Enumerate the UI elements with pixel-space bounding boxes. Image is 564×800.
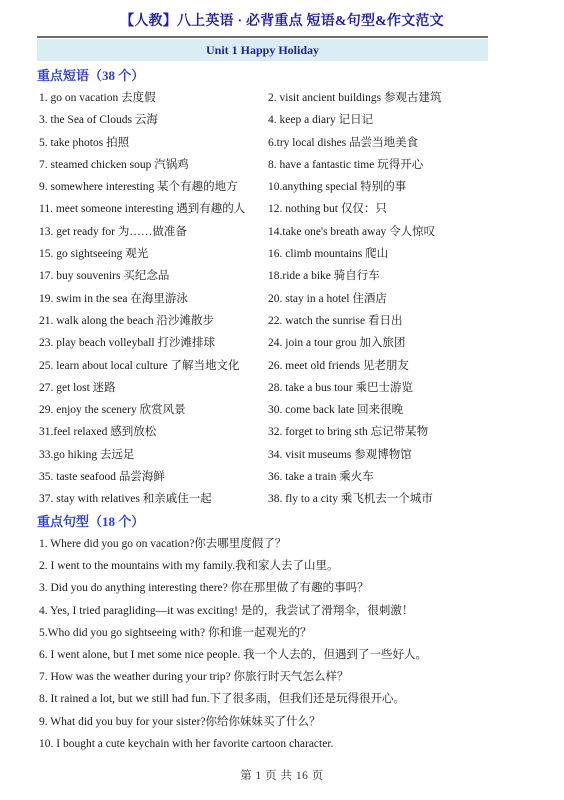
phrase-item: 2. visit ancient buildings 参观古建筑: [268, 87, 499, 109]
sentence-item: 5.Who did you go sightseeing with? 你和谁一起…: [39, 622, 519, 644]
header-divider: [37, 36, 488, 38]
phrase-item: 37. stay with relatives 和亲戚住一起: [39, 488, 268, 510]
phrase-item: 38. fly to a city 乘飞机去一个城市: [268, 488, 499, 510]
sentence-item: 6. I went alone, but I met some nice peo…: [39, 644, 519, 666]
phrase-item: 24. join a tour grou 加入旅团: [268, 332, 499, 354]
phrase-item: 8. have a fantastic time 玩得开心: [268, 154, 499, 176]
phrase-item: 35. taste seafood 品尝海鲜: [39, 466, 268, 488]
phrase-item: 36. take a train 乘火车: [268, 466, 499, 488]
phrase-item: 34. visit museums 参观博物馆: [268, 444, 499, 466]
unit-title-band: Unit 1 Happy Holiday: [37, 39, 488, 61]
phrase-item: 20. stay in a hotel 住酒店: [268, 288, 499, 310]
sentence-item: 1. Where did you go on vacation?你去哪里度假了？: [39, 533, 519, 555]
phrase-item: 13. get ready for 为……做准备: [39, 221, 268, 243]
sentence-item: 2. I went to the mountains with my famil…: [39, 555, 519, 577]
phrase-item: 32. forget to bring sth 忘记带某物: [268, 421, 499, 443]
sentences-section-title: 重点句型（18 个）: [37, 511, 144, 530]
sentence-item: 9. What did you buy for your sister?你给你妹…: [39, 711, 519, 733]
phrase-item: 5. take photos 拍照: [39, 132, 268, 154]
phrase-item: 6.try local dishes 品尝当地美食: [268, 132, 499, 154]
phrase-item: 15. go sightseeing 观光: [39, 243, 268, 265]
phrase-item: 10.anything special 特别的事: [268, 176, 499, 198]
phrase-item: 18.ride a bike 骑自行车: [268, 265, 499, 287]
phrase-list: 1. go on vacation 去度假2. visit ancient bu…: [39, 87, 499, 511]
page-indicator: 第 1 页 共 16 页: [0, 767, 564, 783]
phrase-item: 12. nothing but 仅仅：只: [268, 198, 499, 220]
phrase-item: 31.feel relaxed 感到放松: [39, 421, 268, 443]
sentence-item: 8. It rained a lot, but we still had fun…: [39, 688, 519, 710]
sentence-list: 1. Where did you go on vacation?你去哪里度假了？…: [39, 533, 519, 755]
phrase-item: 30. come back late 回来很晚: [268, 399, 499, 421]
phrase-item: 23. play beach volleyball 打沙滩排球: [39, 332, 268, 354]
phrase-item: 7. steamed chicken soup 汽锅鸡: [39, 154, 268, 176]
phrase-item: 28. take a bus tour 乘巴士游览: [268, 377, 499, 399]
sentence-item: 10. I bought a cute keychain with her fa…: [39, 733, 519, 755]
phrase-item: 27. get lost 迷路: [39, 377, 268, 399]
phrases-section-title: 重点短语（38 个）: [37, 65, 144, 84]
phrase-item: 16. climb mountains 爬山: [268, 243, 499, 265]
phrase-item: 9. somewhere interesting 某个有趣的地方: [39, 176, 268, 198]
phrase-item: 26. meet old friends 见老朋友: [268, 355, 499, 377]
sentence-item: 7. How was the weather during your trip?…: [39, 666, 519, 688]
phrase-item: 11. meet someone interesting 遇到有趣的人: [39, 198, 268, 220]
phrase-item: 14.take one's breath away 令人惊叹: [268, 221, 499, 243]
phrase-item: 25. learn about local culture 了解当地文化: [39, 355, 268, 377]
phrase-item: 1. go on vacation 去度假: [39, 87, 268, 109]
phrase-item: 22. watch the sunrise 看日出: [268, 310, 499, 332]
sentence-item: 4. Yes, I tried paragliding—it was excit…: [39, 600, 519, 622]
document-header-title: 【人教】八上英语 · 必背重点 短语&句型&作文范文: [0, 10, 564, 30]
phrase-item: 17. buy souvenirs 买纪念品: [39, 265, 268, 287]
phrase-item: 21. walk along the beach 沿沙滩散步: [39, 310, 268, 332]
phrase-item: 29. enjoy the scenery 欣赏风景: [39, 399, 268, 421]
phrase-item: 4. keep a diary 记日记: [268, 109, 499, 131]
phrase-item: 33.go hiking 去远足: [39, 444, 268, 466]
phrase-item: 3. the Sea of Clouds 云海: [39, 109, 268, 131]
sentence-item: 3. Did you do anything interesting there…: [39, 577, 519, 599]
phrase-item: 19. swim in the sea 在海里游泳: [39, 288, 268, 310]
